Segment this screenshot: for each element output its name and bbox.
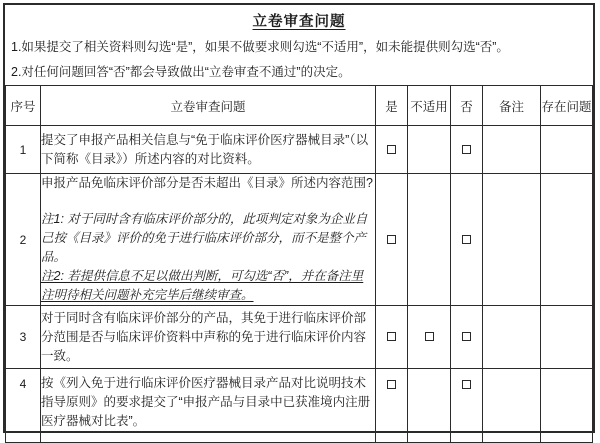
cell-yes bbox=[376, 126, 408, 174]
row-number: 2 bbox=[6, 174, 41, 306]
question-cell: 申报产品免临床评价部分是否未超出《目录》所述内容范围? 注1: 对于同时含有临床… bbox=[41, 174, 376, 306]
col-header-yes: 是 bbox=[376, 86, 408, 126]
form-header-section: 立卷审查问题 1.如果提交了相关资料则勾选“是”，如果不做要求则勾选“不适用”，… bbox=[5, 10, 593, 85]
checkbox-row1-no[interactable] bbox=[462, 145, 471, 154]
checkbox-row3-no[interactable] bbox=[462, 332, 471, 341]
cell-issues bbox=[541, 369, 593, 443]
table-row: 2 申报产品免临床评价部分是否未超出《目录》所述内容范围? 注1: 对于同时含有… bbox=[6, 174, 593, 306]
row-number: 4 bbox=[6, 369, 41, 443]
col-header-na: 不适用 bbox=[408, 86, 451, 126]
question-note-1: 注1: 对于同时含有临床评价部分的，此项判定对象为企业自己按《目录》评价的免于进… bbox=[41, 210, 375, 267]
question-text: 对于同时含有临床评价部分的产品，其免于进行临床评价部分范围是否与临床评价资料中声… bbox=[41, 306, 376, 369]
cell-yes bbox=[376, 174, 408, 306]
cell-na bbox=[408, 126, 451, 174]
cell-remark bbox=[483, 369, 541, 443]
col-header-remark: 备注 bbox=[483, 86, 541, 126]
review-table: 序号 立卷审查问题 是 不适用 否 备注 存在问题 1 提交了申报产品相关信息与… bbox=[5, 85, 593, 443]
col-header-num: 序号 bbox=[6, 86, 41, 126]
question-text: 提交了申报产品相关信息与“免于临床评价医疗器械目录”（以下简称《目录》）所述内容… bbox=[41, 126, 376, 174]
col-header-question: 立卷审查问题 bbox=[41, 86, 376, 126]
instruction-line-1: 1.如果提交了相关资料则勾选“是”，如果不做要求则勾选“不适用”，如未能提供则勾… bbox=[11, 38, 588, 56]
table-row: 4 按《列入免于进行临床评价医疗器械目录产品对比说明技术指导原则》的要求提交了“… bbox=[6, 369, 593, 443]
cell-issues bbox=[541, 174, 593, 306]
cell-remark bbox=[483, 174, 541, 306]
cell-no bbox=[451, 369, 483, 443]
instruction-line-2: 2.对任何问题回答“否”都会导致做出“立卷审查不通过”的决定。 bbox=[11, 63, 588, 81]
cell-na bbox=[408, 174, 451, 306]
cell-no bbox=[451, 306, 483, 369]
checkbox-row4-yes[interactable] bbox=[387, 380, 396, 389]
page-title: 立卷审查问题 bbox=[10, 10, 588, 31]
row-number: 3 bbox=[6, 306, 41, 369]
question-text: 申报产品免临床评价部分是否未超出《目录》所述内容范围? bbox=[41, 174, 375, 193]
cell-no bbox=[451, 174, 483, 306]
table-header-row: 序号 立卷审查问题 是 不适用 否 备注 存在问题 bbox=[6, 86, 593, 126]
checkbox-row3-na[interactable] bbox=[425, 332, 434, 341]
review-form: 立卷审查问题 1.如果提交了相关资料则勾选“是”，如果不做要求则勾选“不适用”，… bbox=[3, 3, 595, 433]
row-number: 1 bbox=[6, 126, 41, 174]
cell-yes bbox=[376, 306, 408, 369]
col-header-no: 否 bbox=[451, 86, 483, 126]
cell-issues bbox=[541, 306, 593, 369]
checkbox-row1-yes[interactable] bbox=[387, 145, 396, 154]
question-text: 按《列入免于进行临床评价医疗器械目录产品对比说明技术指导原则》的要求提交了“申报… bbox=[41, 369, 376, 443]
cell-no bbox=[451, 126, 483, 174]
checkbox-row4-no[interactable] bbox=[462, 380, 471, 389]
checkbox-row2-yes[interactable] bbox=[387, 235, 396, 244]
document-page: 立卷审查问题 1.如果提交了相关资料则勾选“是”，如果不做要求则勾选“不适用”，… bbox=[0, 0, 600, 437]
checkbox-row3-yes[interactable] bbox=[387, 332, 396, 341]
cell-issues bbox=[541, 126, 593, 174]
cell-remark bbox=[483, 306, 541, 369]
cell-yes bbox=[376, 369, 408, 443]
checkbox-row2-no[interactable] bbox=[462, 235, 471, 244]
cell-na bbox=[408, 306, 451, 369]
cell-remark bbox=[483, 126, 541, 174]
col-header-issues: 存在问题 bbox=[541, 86, 593, 126]
table-row: 3 对于同时含有临床评价部分的产品，其免于进行临床评价部分范围是否与临床评价资料… bbox=[6, 306, 593, 369]
table-row: 1 提交了申报产品相关信息与“免于临床评价医疗器械目录”（以下简称《目录》）所述… bbox=[6, 126, 593, 174]
question-note-2: 注2: 若提供信息不足以做出判断，可勾选“否”，并在备注里注明待相关问题补充完毕… bbox=[41, 267, 375, 305]
cell-na bbox=[408, 369, 451, 443]
